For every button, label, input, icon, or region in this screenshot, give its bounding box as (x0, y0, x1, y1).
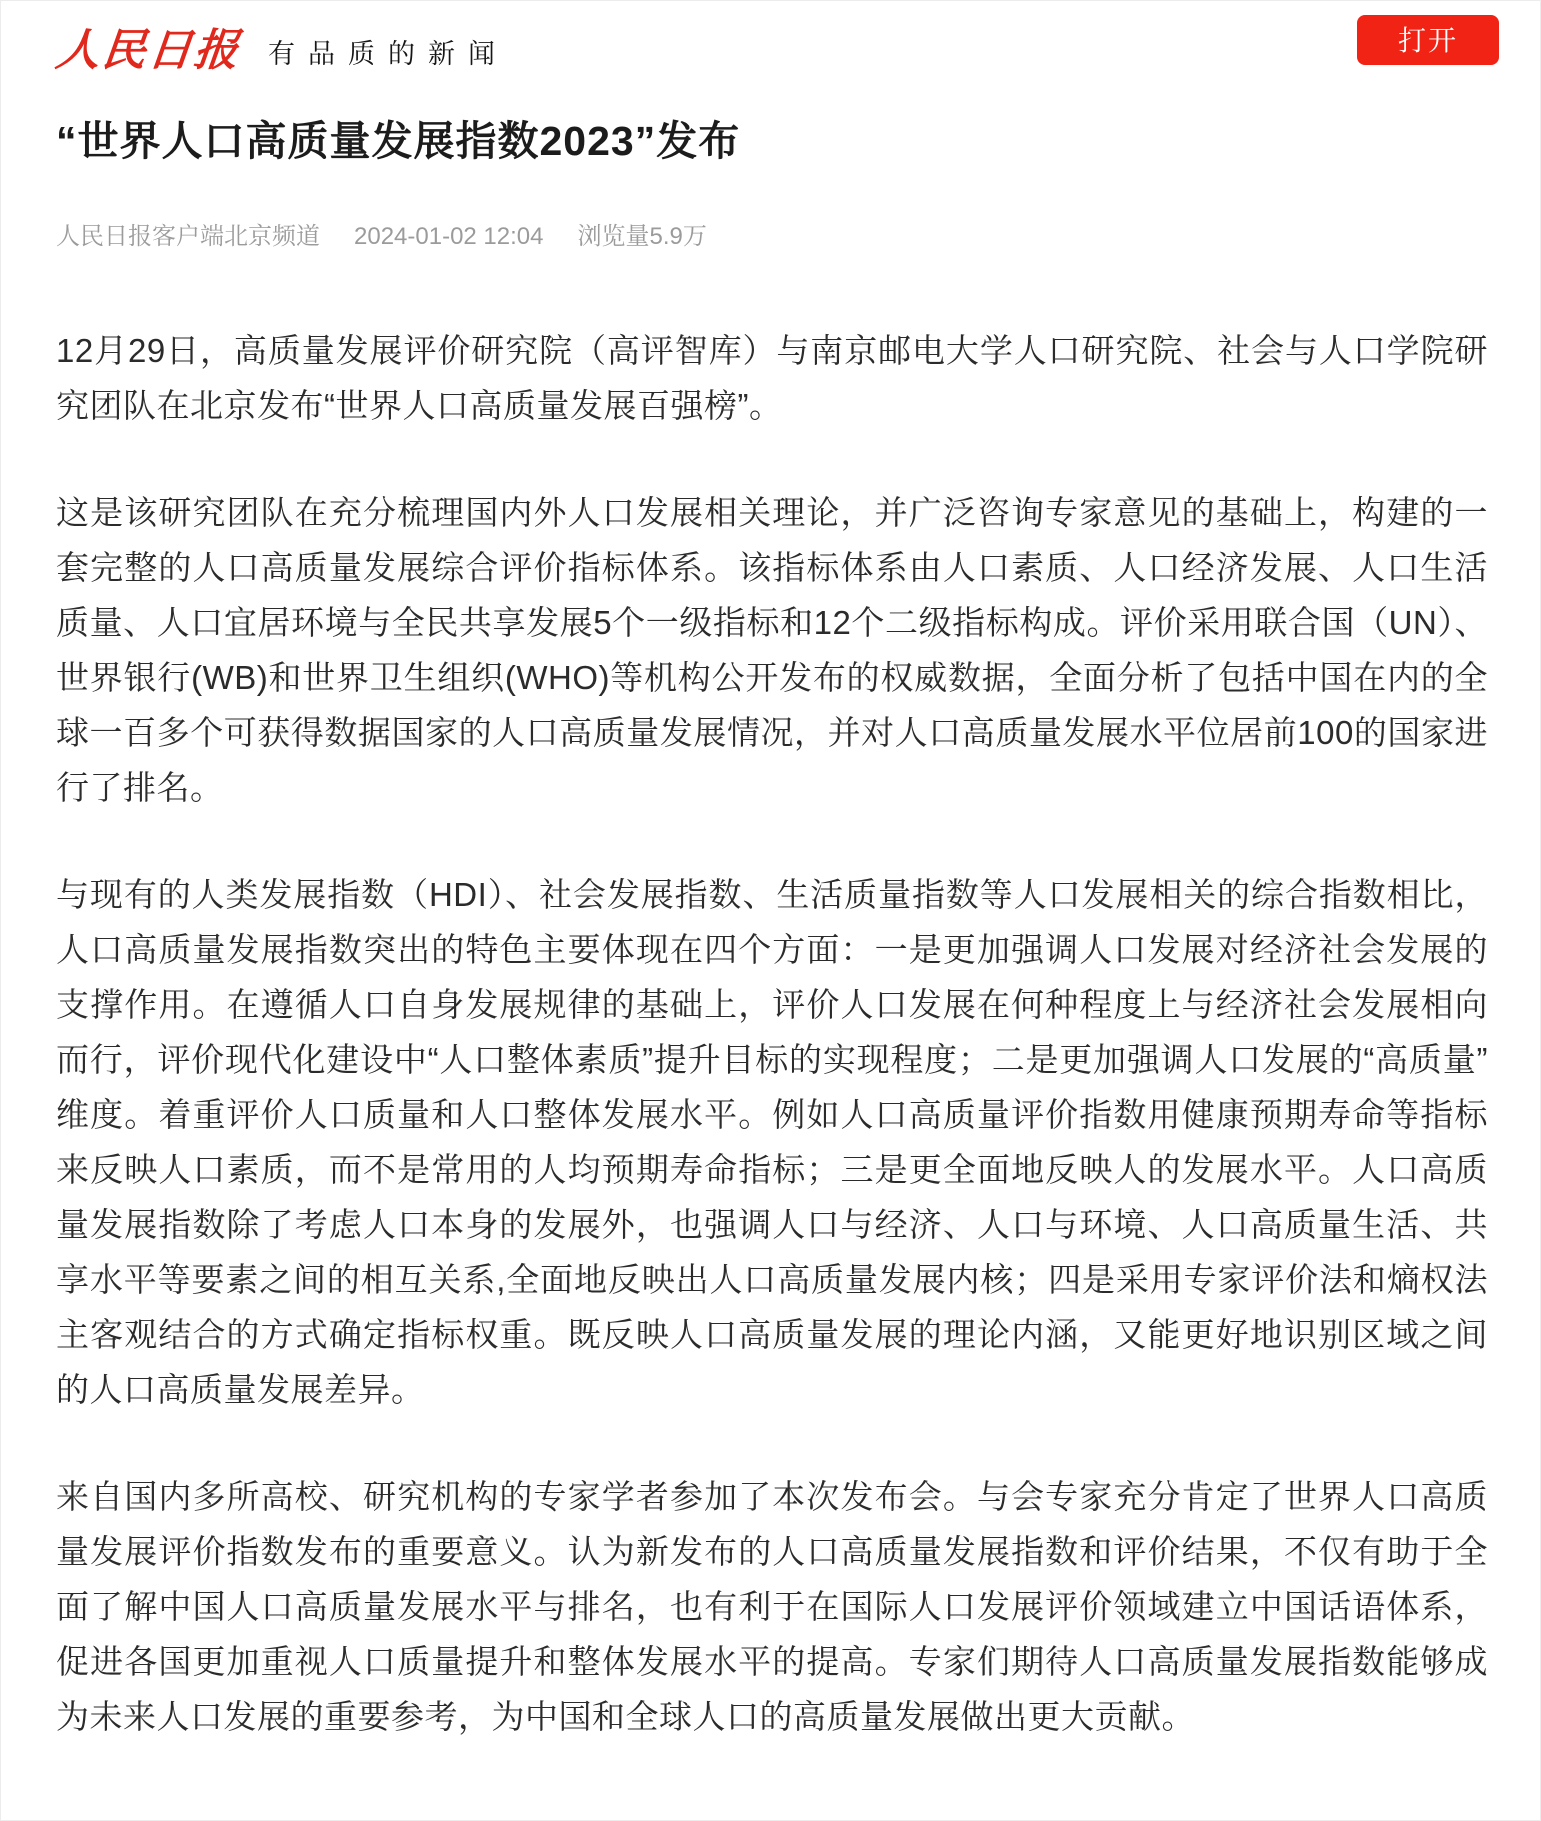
article-view-count: 浏览量5.9万 (578, 216, 707, 251)
article-meta-row: 人民日报客户端北京频道 2024-01-02 12:04 浏览量5.9万 (56, 216, 1488, 251)
article-paragraph: 这是该研究团队在充分梳理国内外人口发展相关理论，并广泛咨询专家意见的基础上，构建… (56, 485, 1488, 815)
peoples-daily-logo: 人民日报 (54, 29, 243, 73)
article-timestamp: 2024-01-02 12:04 (354, 223, 544, 251)
article-title: “世界人口高质量发展指数2023”发布 (56, 115, 1488, 168)
open-app-button[interactable]: 打开 (1357, 15, 1499, 65)
article-page-content: 人民日报 有品质的新闻 打开 “世界人口高质量发展指数2023”发布 人民日报客… (1, 1, 1540, 1804)
article-body: 12月29日，高质量发展评价研究院（高评智库）与南京邮电大学人口研究院、社会与人… (56, 323, 1488, 1744)
article-paragraph: 与现有的人类发展指数（HDI）、社会发展指数、生活质量指数等人口发展相关的综合指… (56, 867, 1488, 1417)
article-paragraph: 来自国内多所高校、研究机构的专家学者参加了本次发布会。与会专家充分肯定了世界人口… (56, 1469, 1488, 1744)
page: 人民日报 有品质的新闻 打开 “世界人口高质量发展指数2023”发布 人民日报客… (0, 0, 1541, 1821)
header-tagline: 有品质的新闻 (268, 32, 508, 71)
article-source: 人民日报客户端北京频道 (56, 216, 320, 251)
app-header: 人民日报 有品质的新闻 打开 (56, 15, 1488, 87)
article-paragraph: 12月29日，高质量发展评价研究院（高评智库）与南京邮电大学人口研究院、社会与人… (56, 323, 1488, 433)
